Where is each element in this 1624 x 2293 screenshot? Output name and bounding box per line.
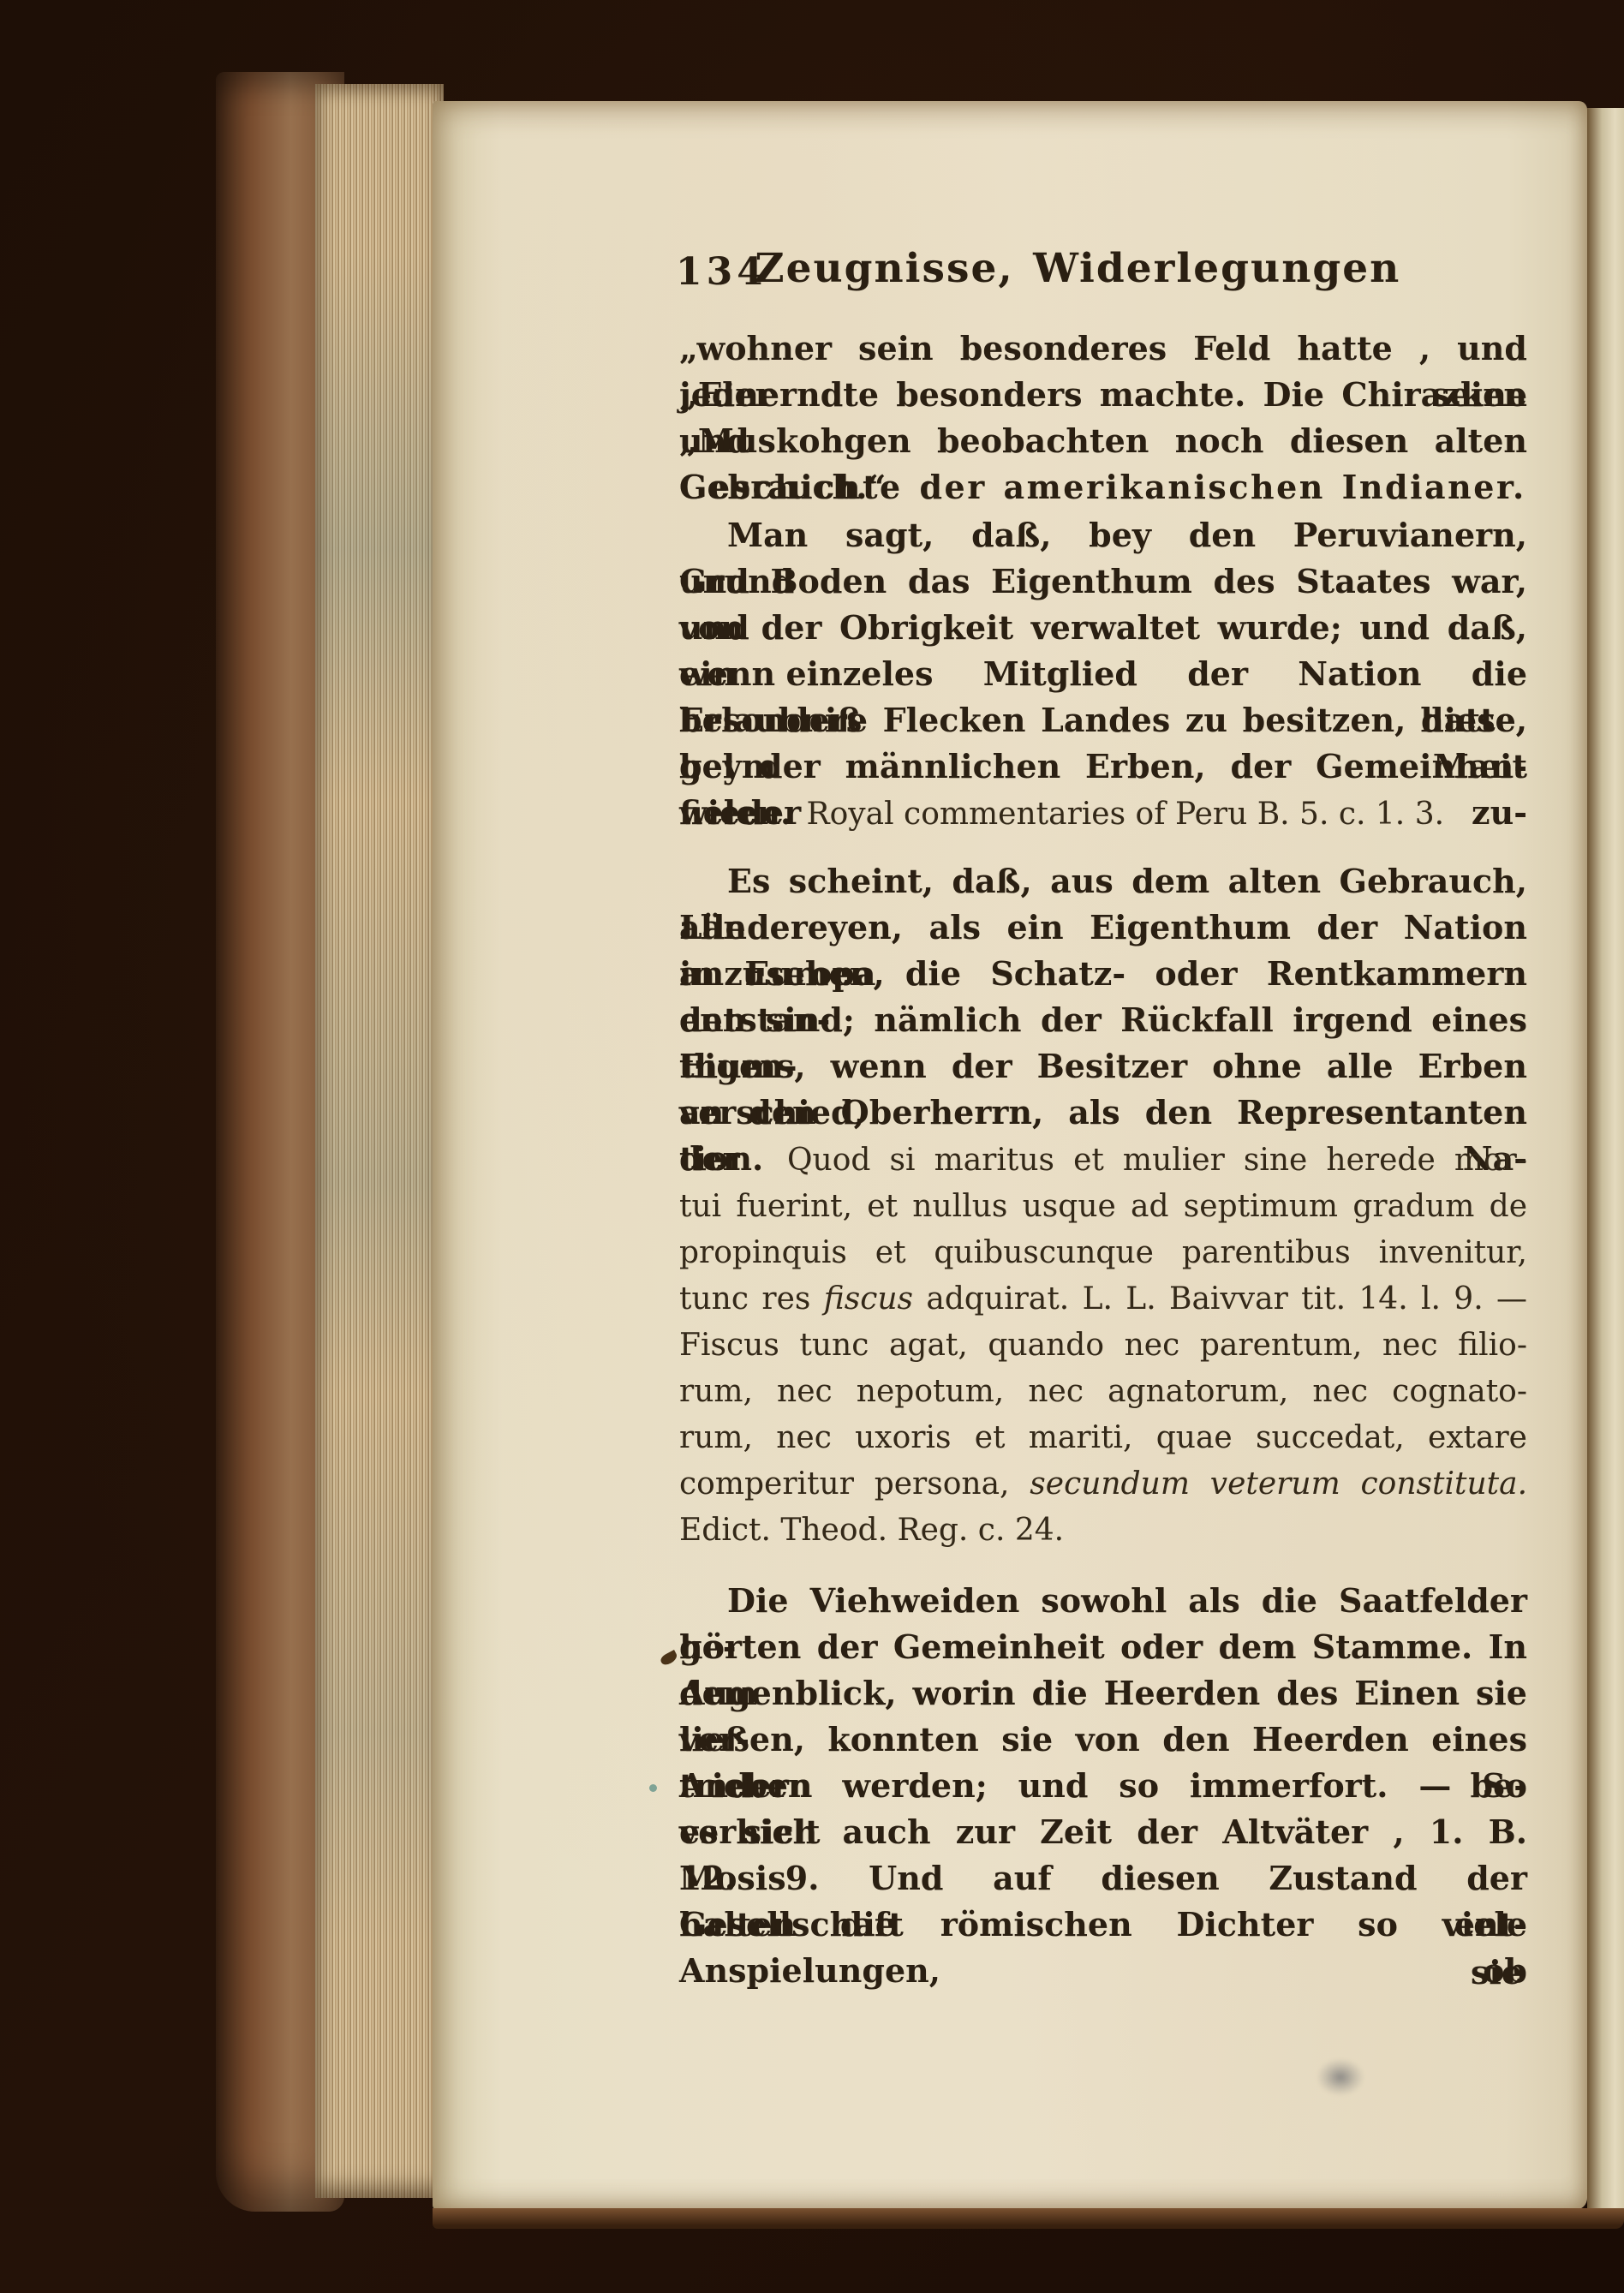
- text-span: fiscus: [824, 1281, 913, 1317]
- text-line: 12. 9. Und auf diesen Zustand der Gesell…: [679, 1855, 1527, 1902]
- text-line: Edict. Theod. Reg. c. 24.: [679, 1506, 1527, 1552]
- body-text: „wohner sein besonderes Feld hatte , und…: [679, 325, 1527, 1948]
- book-page: 134 Zeugnisse, Widerlegungen „wohner sei…: [433, 101, 1587, 2210]
- text-span: halten die römischen Dichter so viele An…: [679, 1905, 1527, 1990]
- paragraph: Es scheint, daß, aus dem alten Gebrauch,…: [679, 858, 1527, 1552]
- text-line: besondere Flecken Landes zu besitzen, di…: [679, 697, 1527, 743]
- text-span: comperitur persona,: [679, 1466, 1030, 1502]
- text-line: tui fuerint, et nullus usque ad septimum…: [679, 1182, 1527, 1228]
- ink-smudge: [1317, 2058, 1364, 2096]
- margin-mark: [659, 1650, 678, 1667]
- text-line: in Europa die Schatz- oder Rentkammern e…: [679, 951, 1527, 997]
- running-title: Zeugnisse, Widerlegungen: [755, 245, 1400, 292]
- text-span: Royal commentaries of Peru B. 5. c. 1. 3…: [807, 797, 1445, 832]
- text-span: tion.: [679, 1139, 787, 1178]
- text-line: den sind; nämlich der Rückfall irgend ei…: [679, 997, 1527, 1043]
- ink-speck: [649, 1784, 657, 1792]
- text-line: fielen. Royal commentaries of Peru B. 5.…: [679, 790, 1527, 836]
- text-span: Geschichte der amerikanischen Indianer.: [679, 468, 1526, 506]
- page-bottom-edge: [433, 2208, 1624, 2229]
- text-line: tunc res fiscus adquirat. L. L. Baivvar …: [679, 1275, 1527, 1321]
- text-line: trieben werden; und so immerfort. — So v…: [679, 1763, 1527, 1809]
- text-span: tui fuerint, et nullus usque ad septimum…: [679, 1189, 1527, 1224]
- text-line: und Boden das Eigenthum des Staates war,…: [679, 558, 1527, 605]
- text-line: es sich auch zur Zeit der Altväter , 1. …: [679, 1809, 1527, 1855]
- text-span: Fiscus tunc agat, quando nec parentum, n…: [679, 1328, 1527, 1363]
- text-span: secundum veterum constituta.: [1030, 1466, 1527, 1502]
- text-span: Edict. Theod. Reg. c. 24.: [679, 1513, 1064, 1548]
- paragraph: Die Viehweiden sowohl als die Saatfelder…: [679, 1578, 1527, 1948]
- text-column: 134 Zeugnisse, Widerlegungen „wohner sei…: [679, 245, 1527, 1996]
- text-line: tion. Quod si maritus et mulier sine her…: [679, 1136, 1527, 1182]
- paragraph: Man sagt, daß, bey den Peruvianern, Grun…: [679, 512, 1527, 836]
- text-line: ließen, konnten sie von den Heerden eine…: [679, 1717, 1527, 1763]
- text-span: Quod si maritus et mulier sine herede mo…: [787, 1143, 1527, 1178]
- text-span: propinquis et quibuscunque parentibus in…: [679, 1235, 1527, 1270]
- text-line: Es scheint, daß, aus dem alten Gebrauch,…: [679, 858, 1527, 905]
- text-line: thums, wenn der Besitzer ohne alle Erben…: [679, 1043, 1527, 1090]
- page-header: 134 Zeugnisse, Widerlegungen: [679, 245, 1527, 298]
- paragraph: „wohner sein besonderes Feld hatte , und…: [679, 325, 1527, 511]
- adjacent-page-edge: [1587, 108, 1624, 2208]
- text-line: Geschichte der amerikanischen Indianer.: [679, 464, 1527, 511]
- text-span: rum, nec uxoris et mariti, quae succedat…: [679, 1420, 1527, 1455]
- text-span: fielen.: [679, 793, 807, 832]
- text-line: ein einzeles Mitglied der Nation die Erl…: [679, 651, 1527, 697]
- text-line: „Muskohgen beobachten noch diesen alten …: [679, 418, 1527, 464]
- text-line: „Einerndte besonders machte. Die Chirazk…: [679, 372, 1527, 418]
- text-line: propinquis et quibuscunque parentibus in…: [679, 1228, 1527, 1275]
- page-number: 134: [676, 250, 767, 294]
- text-line: rum, nec uxoris et mariti, quae succedat…: [679, 1413, 1527, 1460]
- text-span: adquirat. L. L. Baivvar tit. 14. l. 9. —: [913, 1281, 1527, 1317]
- text-span: tunc res: [679, 1281, 824, 1317]
- text-line: gel der männlichen Erben, der Gemeinheit…: [679, 743, 1527, 790]
- text-line: an den Oberherrn, als den Representanten…: [679, 1090, 1527, 1136]
- book-scan-photo: 134 Zeugnisse, Widerlegungen „wohner sei…: [0, 0, 1624, 2293]
- text-line: rum, nec nepotum, nec agnatorum, nec cog…: [679, 1367, 1527, 1413]
- text-span: rum, nec nepotum, nec agnatorum, nec cog…: [679, 1374, 1527, 1409]
- text-line: Augenblick, worin die Heerden des Einen …: [679, 1670, 1527, 1717]
- page-stack-edge: [315, 84, 444, 2198]
- text-line: Ländereyen, als ein Eigenthum der Nation…: [679, 905, 1527, 951]
- text-line: von der Obrigkeit verwaltet wurde; und d…: [679, 605, 1527, 651]
- text-line: comperitur persona, secundum veterum con…: [679, 1460, 1527, 1506]
- text-line: Man sagt, daß, bey den Peruvianern, Grun…: [679, 512, 1527, 558]
- text-line: Die Viehweiden sowohl als die Saatfelder…: [679, 1578, 1527, 1624]
- text-line: „wohner sein besonderes Feld hatte , und…: [679, 325, 1527, 372]
- text-line: Fiscus tunc agat, quando nec parentum, n…: [679, 1321, 1527, 1367]
- text-line: halten die römischen Dichter so viele An…: [679, 1902, 1527, 1948]
- text-line: hörten der Gemeinheit oder dem Stamme. I…: [679, 1624, 1527, 1670]
